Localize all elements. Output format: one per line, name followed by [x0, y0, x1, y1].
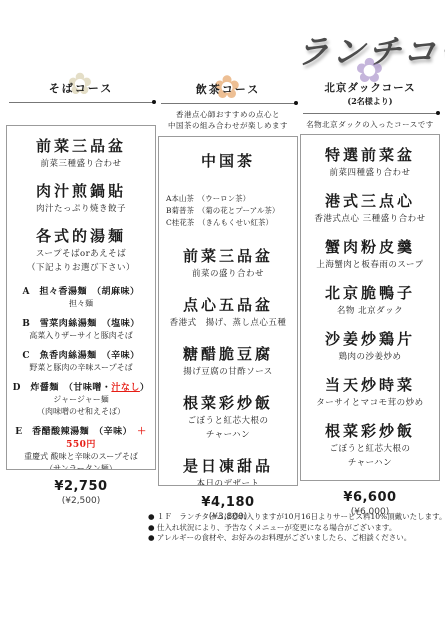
- dish: 特選前菜盆 前菜四種盛り合わせ: [301, 144, 439, 179]
- dish: 前菜三品盆 前菜の盛り合わせ: [159, 245, 297, 280]
- footer-note: ● 仕入れ状況により、予告なくメニューが変更になる場合がございます。: [148, 523, 442, 534]
- dish-name: 点心五品盆: [159, 294, 297, 315]
- course-header-yumcha: ✿ 飲茶コース: [158, 81, 298, 97]
- dish-desc: 肉汁たっぷり焼き餃子: [7, 204, 155, 215]
- dish-name: 前菜三品盆: [7, 135, 155, 156]
- option-label: B 雪菜肉絲湯麺 （塩味）: [7, 316, 155, 329]
- dish-name: 各式的湯麺: [7, 225, 155, 246]
- dish-desc: ごぼうと紅芯大根の: [159, 416, 297, 427]
- option-label: D 炸醤麺 （甘味噌・汁なし）: [7, 380, 155, 393]
- dish: 蟹肉粉皮羹 上海蟹肉と板春雨のスープ: [301, 236, 439, 271]
- dish: 中国茶: [159, 150, 297, 171]
- option-desc: 重慶式 酸味と辛味のスープそば: [7, 452, 155, 462]
- noodle-option-e: E 香醋酸辣湯麺 （辛味） ＋550円 重慶式 酸味と辛味のスープそば （サンラ…: [7, 424, 155, 470]
- dish-desc: 香港式 揚げ、蒸し点心五種: [159, 318, 297, 329]
- dish-name: 根菜彩炒飯: [301, 420, 439, 441]
- course-column-yumcha: ✿ 飲茶コース 香港点心師おすすめの点心と 中国茶の組み合わせが楽しめます 中国…: [158, 64, 298, 522]
- dish-name: 沙姜炒鶏片: [301, 328, 439, 349]
- course-column-soba: ✿ そばコース 前菜三品盆 前菜三種盛り合わせ 肉汁煎鍋貼 肉汁たっぷり焼き餃子…: [6, 64, 156, 506]
- option-desc: （サンラータン麺）: [7, 464, 155, 470]
- menu-box-soba: 前菜三品盆 前菜三種盛り合わせ 肉汁煎鍋貼 肉汁たっぷり焼き餃子 各式的湯麺 ス…: [6, 125, 156, 470]
- dish-desc: （下記よりお選び下さい）: [7, 263, 155, 274]
- dish: 根菜彩炒飯 ごぼうと紅芯大根の チャーハン: [301, 420, 439, 469]
- dish: 港式三点心 香港式点心 三種盛り合わせ: [301, 190, 439, 225]
- price: ¥4,180: [158, 495, 298, 510]
- dish-desc: 本日のデザート: [159, 479, 297, 486]
- course-column-peking-duck: ✿ 北京ダックコース (2名様より) 名物北京ダックの入ったコースです 特選前菜…: [300, 64, 440, 517]
- course-header-peking-duck: ✿ 北京ダックコース (2名様より): [300, 80, 440, 107]
- dish-name: 是日凍甜品: [301, 480, 439, 481]
- course-subtitle: 名物北京ダックの入ったコースです: [300, 119, 440, 130]
- option-desc: （肉味噌のせ和えそば）: [7, 407, 155, 417]
- dish-desc: 上海蟹肉と板春雨のスープ: [301, 260, 439, 271]
- dish-desc: チャーハン: [159, 430, 297, 441]
- dish: 沙姜炒鶏片 鶏肉の沙姜炒め: [301, 328, 439, 363]
- option-desc: 野菜と豚肉の辛味スープそば: [7, 363, 155, 373]
- price: ¥2,750: [6, 479, 156, 494]
- dish-name: 前菜三品盆: [159, 245, 297, 266]
- dish-name: 中国茶: [159, 150, 297, 171]
- dish-desc: 前菜四種盛り合わせ: [301, 168, 439, 179]
- dish: 肉汁煎鍋貼 肉汁たっぷり焼き餃子: [7, 180, 155, 215]
- option-label: E 香醋酸辣湯麺 （辛味） ＋550円: [7, 424, 155, 450]
- option-desc: ジャージャー麺: [7, 395, 155, 405]
- dish-name: 特選前菜盆: [301, 144, 439, 165]
- no-soup-flag: 汁なし: [111, 383, 140, 393]
- menu-box-yumcha: 中国茶 A本山茶 （ウーロン茶） B菊普茶 （菊の花とプーアル茶） C桂花茶 （…: [158, 136, 298, 486]
- dish-desc: 前菜三種盛り合わせ: [7, 159, 155, 170]
- dish: 当天炒時菜 ターサイとマコモ茸の炒め: [301, 374, 439, 409]
- option-desc: 高菜入りザーサイと豚肉そば: [7, 331, 155, 341]
- dish: 糖醋脆豆腐 揚げ豆腐の甘酢ソース: [159, 343, 297, 378]
- footer-notes: ● １Ｆ ランチタイムは恐れ入りますが10月16日よりサービス料10%頂戴いたし…: [148, 512, 442, 544]
- dish-name: 肉汁煎鍋貼: [7, 180, 155, 201]
- noodle-option-c: C 魚香肉絲湯麺 （辛味） 野菜と豚肉の辛味スープそば: [7, 348, 155, 373]
- price-block-soba: ¥2,750 (¥2,500): [6, 479, 156, 506]
- option-label: A 担々香湯麺 （胡麻味）: [7, 284, 155, 297]
- menu-box-peking-duck: 特選前菜盆 前菜四種盛り合わせ 港式三点心 香港式点心 三種盛り合わせ 蟹肉粉皮…: [300, 134, 440, 481]
- dish: 是日凍甜品 本日のデザート: [159, 455, 297, 486]
- dish-desc: ごぼうと紅芯大根の: [301, 444, 439, 455]
- dish-name: 根菜彩炒飯: [159, 392, 297, 413]
- dish: 北京脆鴨子 名物 北京ダック: [301, 282, 439, 317]
- tea-item: B菊普茶 （菊の花とプーアル茶）: [166, 205, 297, 217]
- dish-name: 是日凍甜品: [159, 455, 297, 476]
- header-rule: [9, 102, 153, 103]
- option-label: C 魚香肉絲湯麺 （辛味）: [7, 348, 155, 361]
- dish: 各式的湯麺 スープそばorあえそば （下記よりお選び下さい）: [7, 225, 155, 274]
- price: ¥6,600: [300, 490, 440, 505]
- course-header-label: 飲茶コース: [196, 83, 260, 96]
- course-header-label: 北京ダックコース: [324, 82, 415, 94]
- footer-note: ● アレルギーの食材や、お好みのお料理がございましたら、ご相談ください。: [148, 533, 442, 544]
- dish: 根菜彩炒飯 ごぼうと紅芯大根の チャーハン: [159, 392, 297, 441]
- dish-desc: 香港式点心 三種盛り合わせ: [301, 214, 439, 225]
- course-header-label: そばコース: [49, 82, 113, 95]
- dish: 点心五品盆 香港式 揚げ、蒸し点心五種: [159, 294, 297, 329]
- dish-desc: チャーハン: [301, 458, 439, 469]
- dish-desc: 揚げ豆腐の甘酢ソース: [159, 367, 297, 378]
- dish-name: 当天炒時菜: [301, 374, 439, 395]
- course-subtitle: 香港点心師おすすめの点心と 中国茶の組み合わせが楽しめます: [158, 109, 298, 131]
- dish-desc: 前菜の盛り合わせ: [159, 269, 297, 280]
- noodle-option-b: B 雪菜肉絲湯麺 （塩味） 高菜入りザーサイと豚肉そば: [7, 316, 155, 341]
- dish-desc: スープそばorあえそば: [7, 249, 155, 260]
- price-note: (¥2,500): [6, 496, 156, 506]
- header-rule: [303, 113, 437, 114]
- footer-note: ● １Ｆ ランチタイムは恐れ入りますが10月16日よりサービス料10%頂戴いたし…: [148, 512, 442, 523]
- course-header-sub: (2名様より): [300, 96, 440, 107]
- course-header-soba: ✿ そばコース: [6, 80, 156, 96]
- dish-desc: 名物 北京ダック: [301, 306, 439, 317]
- noodle-option-d: D 炸醤麺 （甘味噌・汁なし） ジャージャー麺 （肉味噌のせ和えそば）: [7, 380, 155, 417]
- tea-item: A本山茶 （ウーロン茶）: [166, 193, 297, 205]
- dish: 前菜三品盆 前菜三種盛り合わせ: [7, 135, 155, 170]
- tea-list: A本山茶 （ウーロン茶） B菊普茶 （菊の花とプーアル茶） C桂花茶 （きんもく…: [159, 193, 297, 229]
- dish-desc: 鶏肉の沙姜炒め: [301, 352, 439, 363]
- dish-name: 港式三点心: [301, 190, 439, 211]
- dish-name: 北京脆鴨子: [301, 282, 439, 303]
- dish-name: 糖醋脆豆腐: [159, 343, 297, 364]
- dish-name: 蟹肉粉皮羹: [301, 236, 439, 257]
- dish-desc: ターサイとマコモ茸の炒め: [301, 398, 439, 409]
- tea-item: C桂花茶 （きんもくせい紅茶）: [166, 217, 297, 229]
- option-desc: 担々麺: [7, 299, 155, 309]
- noodle-option-a: A 担々香湯麺 （胡麻味） 担々麺: [7, 284, 155, 309]
- dish: 是日凍甜品 季節のおすすめデザート: [301, 480, 439, 481]
